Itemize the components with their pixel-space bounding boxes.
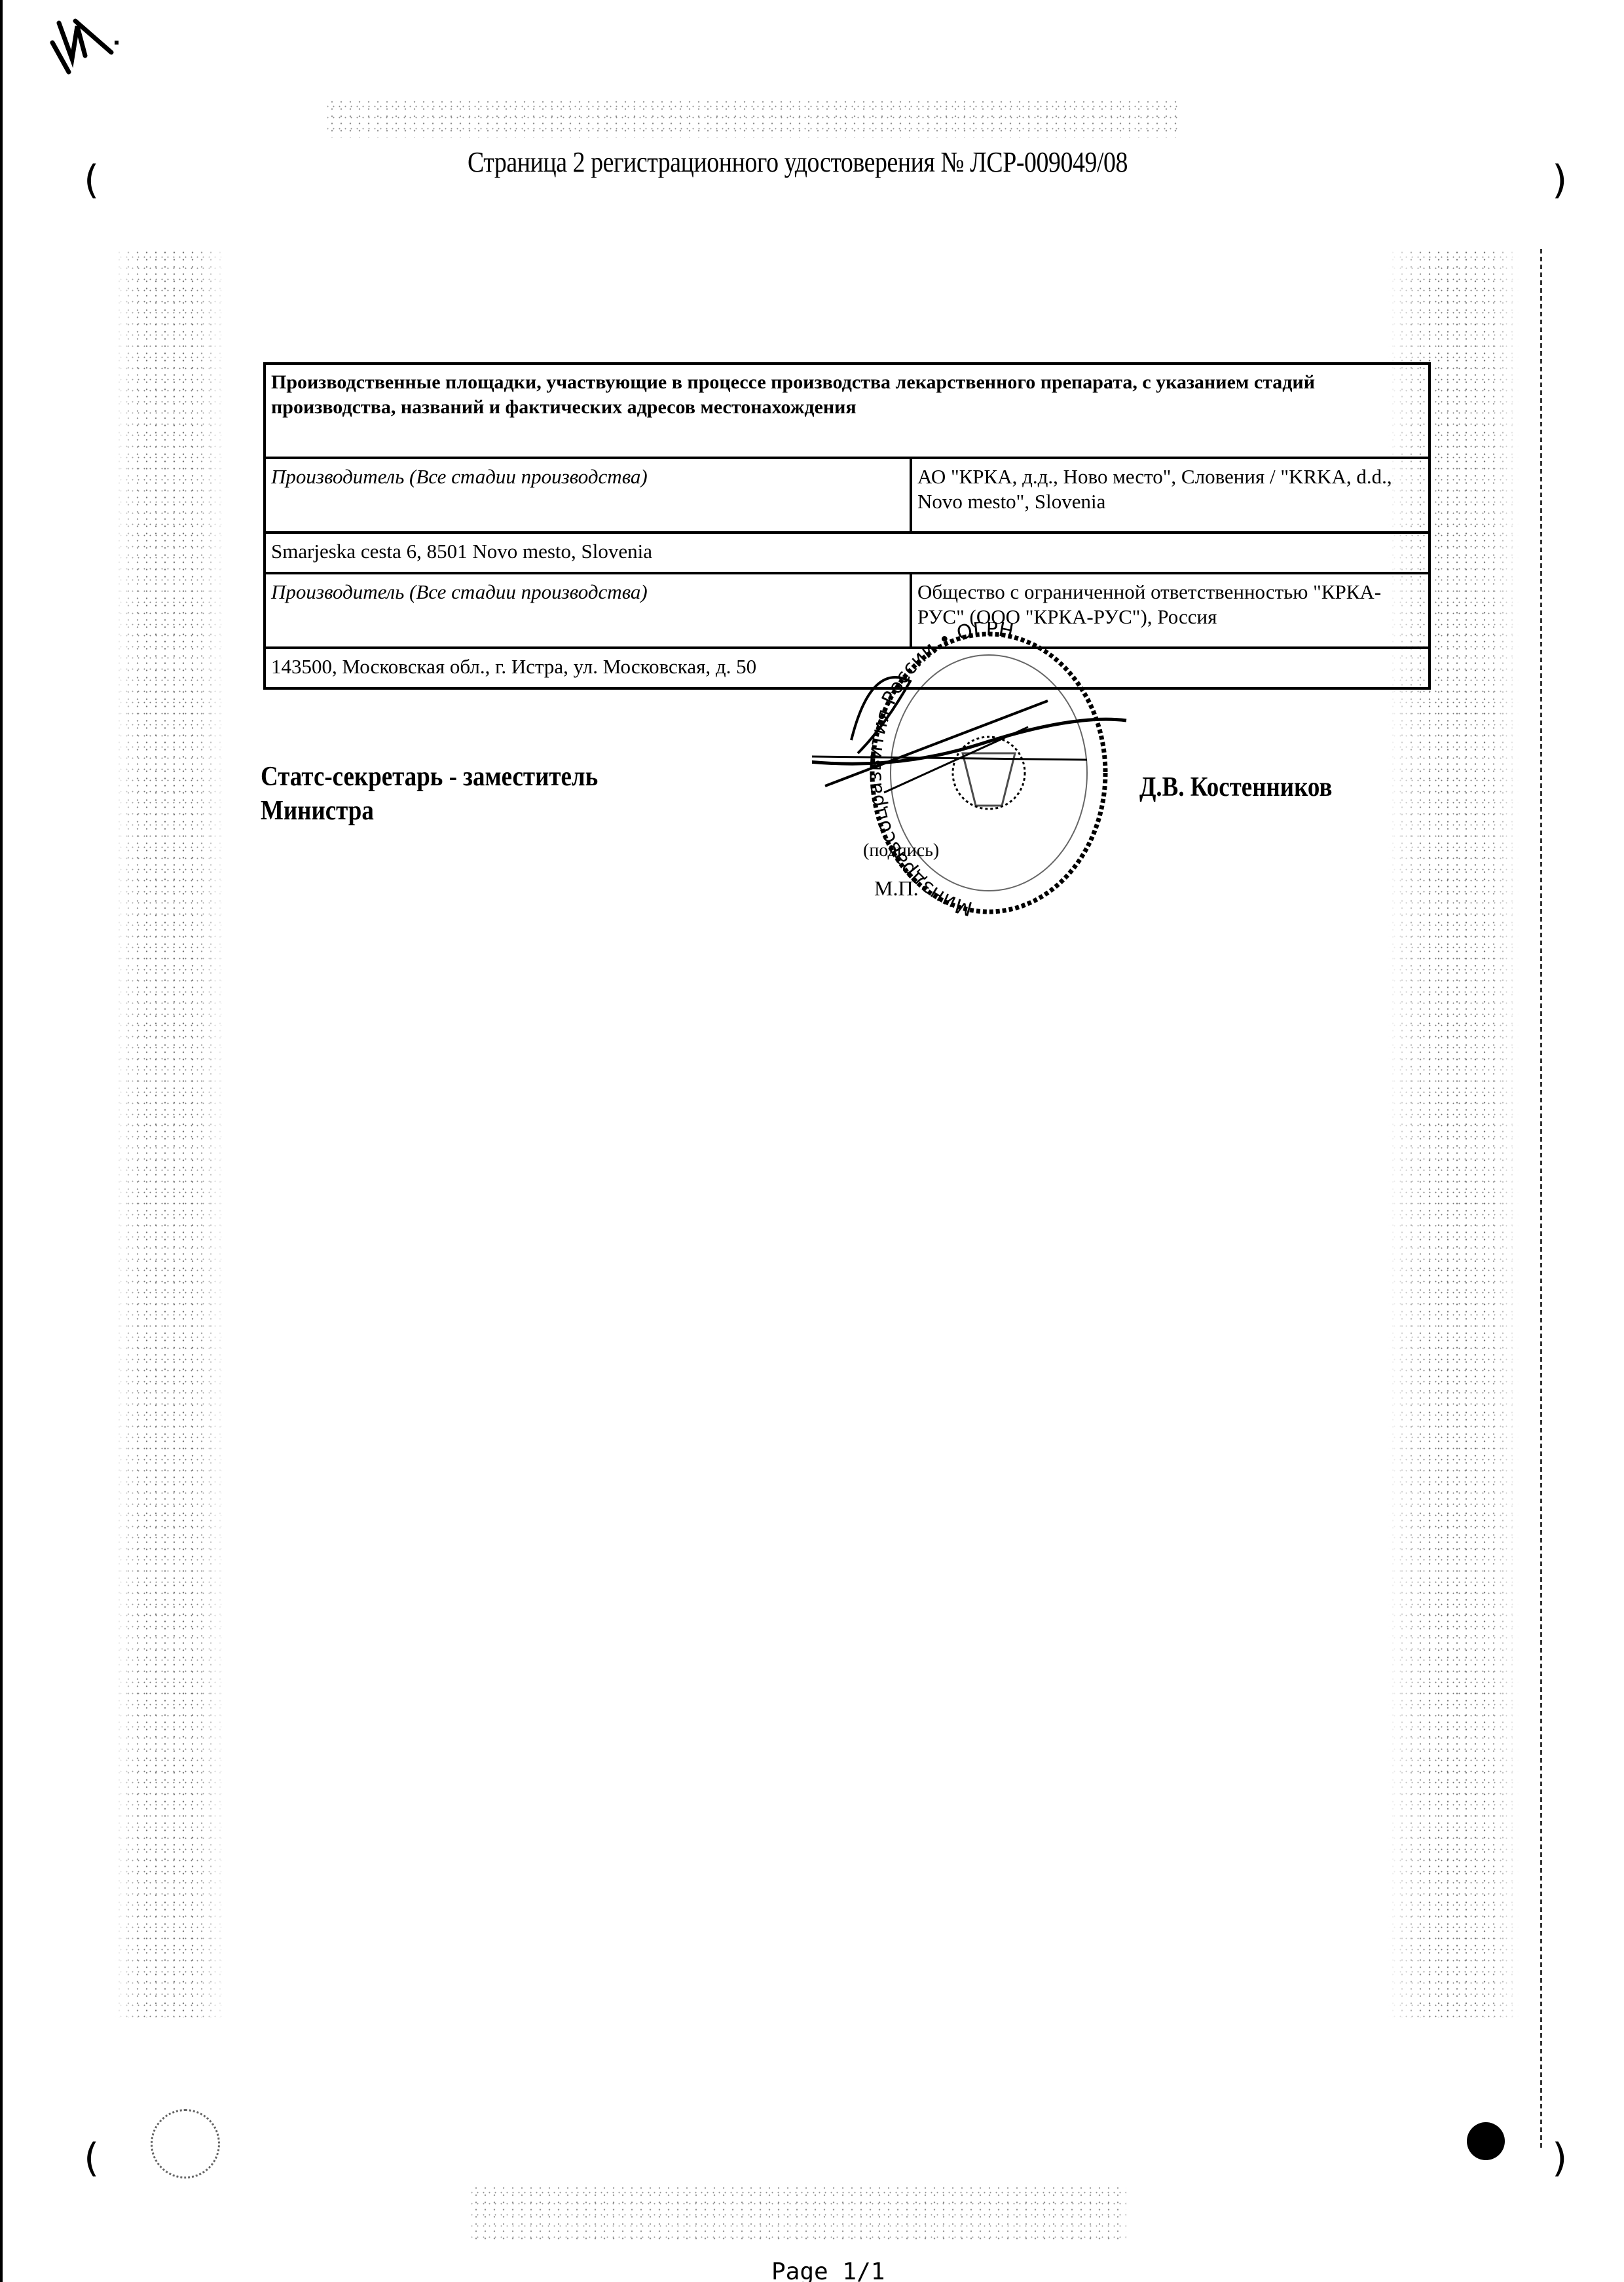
- table-row: Производитель (Все стадии производства) …: [265, 458, 1430, 533]
- decorative-border-bottom: [471, 2184, 1126, 2243]
- ink-dot: [115, 41, 119, 45]
- manufacturer-name-cell: АО "КРКА, д.д., Ново место", Словения / …: [911, 458, 1430, 533]
- official-seal-icon: Минздравсоцразвития России • ОГРН: [812, 622, 1166, 924]
- page-title: Страница 2 регистрационного удостоверени…: [468, 145, 1128, 179]
- manufacturer-address-cell: Smarjeska cesta 6, 8501 Novo mesto, Slov…: [265, 533, 1430, 573]
- decorative-border-top: [327, 98, 1179, 138]
- table-header-row: Производственные площадки, участвующие в…: [265, 364, 1430, 458]
- hole-punch-dot-icon: [1467, 2122, 1505, 2160]
- right-bracket-mark: ): [1552, 157, 1567, 203]
- table-row: Smarjeska cesta 6, 8501 Novo mesto, Slov…: [265, 533, 1430, 573]
- left-bracket-mark: (: [84, 157, 99, 203]
- seal-place-label: М.П.: [874, 876, 919, 901]
- right-bracket-mark-bottom: ): [1552, 2135, 1567, 2181]
- manufacturer-role-cell: Производитель (Все стадии производства): [265, 458, 911, 533]
- table-header-cell: Производственные площадки, участвующие в…: [265, 364, 1430, 458]
- signer-name: Д.В. Костенников: [1139, 772, 1332, 803]
- border-dotted-line: [1540, 249, 1542, 2148]
- scan-edge-line: [0, 0, 3, 2282]
- page-number: Page 1/1: [771, 2258, 885, 2282]
- signer-position: Статс-секретарь - заместитель Министра: [261, 760, 664, 828]
- decorative-border-left: [115, 249, 226, 2017]
- left-bracket-mark-bottom: (: [84, 2135, 99, 2181]
- signer-position-text: Статс-секретарь - заместитель Министра: [261, 760, 664, 828]
- signature-label: (подпись): [863, 840, 939, 861]
- handwritten-initials-icon: [39, 16, 118, 75]
- rosette-ornament-icon: [151, 2109, 220, 2179]
